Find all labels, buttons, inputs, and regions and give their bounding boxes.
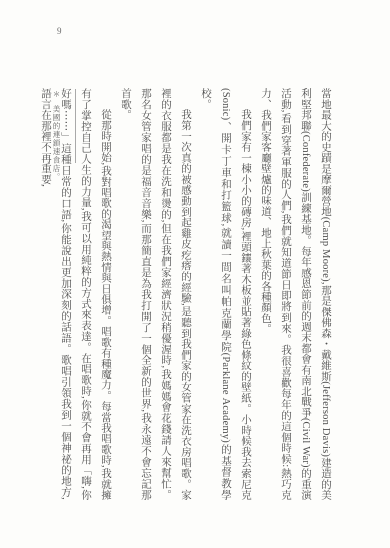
book-page: 9 當地最大的史蹟是摩爾營地(Camp Moore),那是傑佛森・戴維斯(Jef… [0,0,390,548]
footnote: ＊美國的連鎖速食店。 [50,90,62,181]
paragraph-2: 我們家有一棟小小的磚房,裡頭鑲著木板並貼著綠色條紋的壁紙。小時候我去索尼克(So… [195,88,255,500]
footnote-text: 美國的連鎖速食店。 [50,105,62,182]
page-number: 9 [57,26,62,36]
footnote-asterisk-marker: ＊ [52,90,61,99]
paragraph-1: 當地最大的史蹟是摩爾營地(Camp Moore),那是傑佛森・戴維斯(Jeffe… [255,88,335,500]
footnote-separator [75,89,76,163]
paragraph-3: 我第一次真的被感動到起雞皮疙瘩的經驗,是聽到我們家的女管家在洗衣房唱歌。家裡的衣… [115,88,195,500]
body-text: 當地最大的史蹟是摩爾營地(Camp Moore),那是傑佛森・戴維斯(Jeffe… [35,88,335,500]
